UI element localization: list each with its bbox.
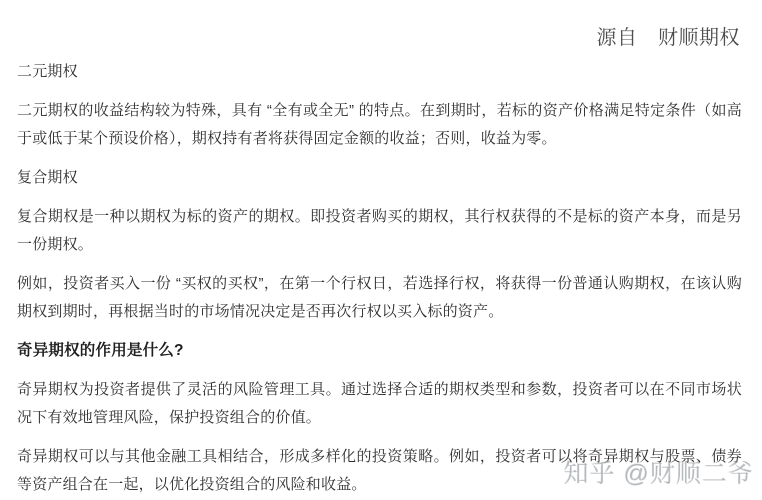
- section-title-compound-option: 复合期权: [17, 164, 742, 192]
- heading-exotic-option-role: 奇异期权的作用是什么?: [17, 337, 742, 365]
- article-body: 二元期权 二元期权的收益结构较为特殊，具有 “全有或全无” 的特点。在到期时，若…: [0, 58, 762, 499]
- section-title-binary-option: 二元期权: [17, 58, 742, 86]
- source-attribution: 源自 财顺期权: [0, 0, 762, 50]
- paragraph-exotic-role-1: 奇异期权为投资者提供了灵活的风险管理工具。通过选择合适的期权类型和参数，投资者可…: [17, 376, 742, 432]
- paragraph-binary-option: 二元期权的收益结构较为特殊，具有 “全有或全无” 的特点。在到期时，若标的资产价…: [17, 97, 742, 153]
- paragraph-exotic-role-2: 奇异期权可以与其他金融工具相结合，形成多样化的投资策略。例如，投资者可以将奇异期…: [17, 443, 742, 499]
- paragraph-compound-option-example: 例如，投资者买入一份 “买权的买权”，在第一个行权日，若选择行权，将获得一份普通…: [17, 270, 742, 326]
- paragraph-compound-option: 复合期权是一种以期权为标的资产的期权。即投资者购买的期权，其行权获得的不是标的资…: [17, 203, 742, 259]
- article-page: 源自 财顺期权 二元期权 二元期权的收益结构较为特殊，具有 “全有或全无” 的特…: [0, 0, 762, 500]
